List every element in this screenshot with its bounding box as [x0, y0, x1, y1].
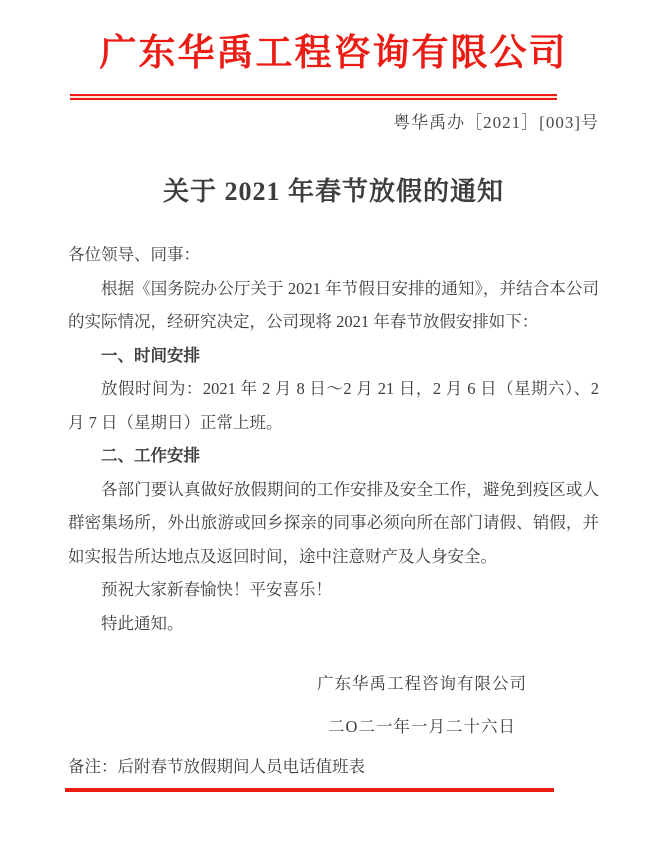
section-heading-1: 一、时间安排: [68, 339, 599, 373]
paragraph-closing: 特此通知。: [68, 607, 599, 641]
notice-body: 各位领导、同事： 根据《国务院办公厅关于 2021 年节假日安排的通知》，并结合…: [68, 238, 599, 640]
remark-line: 备注：后附春节放假期间人员电话值班表: [68, 754, 599, 780]
footer-red-rule: [65, 788, 554, 792]
paragraph-work-arrangement: 各部门要认真做好放假期间的工作安排及安全工作，避免到疫区或人群密集场所，外出旅游…: [68, 473, 599, 574]
paragraph-basis: 根据《国务院办公厅关于 2021 年节假日安排的通知》，并结合本公司的实际情况，…: [68, 272, 599, 339]
notice-title: 关于 2021 年春节放假的通知: [68, 174, 599, 210]
letterhead-double-rule: [70, 94, 557, 100]
signature-date: 二O二一年一月二十六日: [317, 705, 527, 748]
signature-block: 广东华禹工程咨询有限公司 二O二一年一月二十六日: [317, 662, 527, 748]
letterhead-company-name: 广东华禹工程咨询有限公司: [68, 30, 599, 78]
salutation: 各位领导、同事：: [68, 238, 599, 272]
document-page: 广东华禹工程咨询有限公司 粤华禹办［2021］[003]号 关于 2021 年春…: [0, 0, 669, 847]
paragraph-holiday-dates: 放假时间为：2021 年 2 月 8 日～2 月 21 日，2 月 6 日（星期…: [68, 372, 599, 439]
document-number: 粤华禹办［2021］[003]号: [68, 112, 599, 134]
paragraph-wishes: 预祝大家新春愉快！平安喜乐！: [68, 573, 599, 607]
section-heading-2: 二、工作安排: [68, 439, 599, 473]
signature-company: 广东华禹工程咨询有限公司: [317, 662, 527, 705]
